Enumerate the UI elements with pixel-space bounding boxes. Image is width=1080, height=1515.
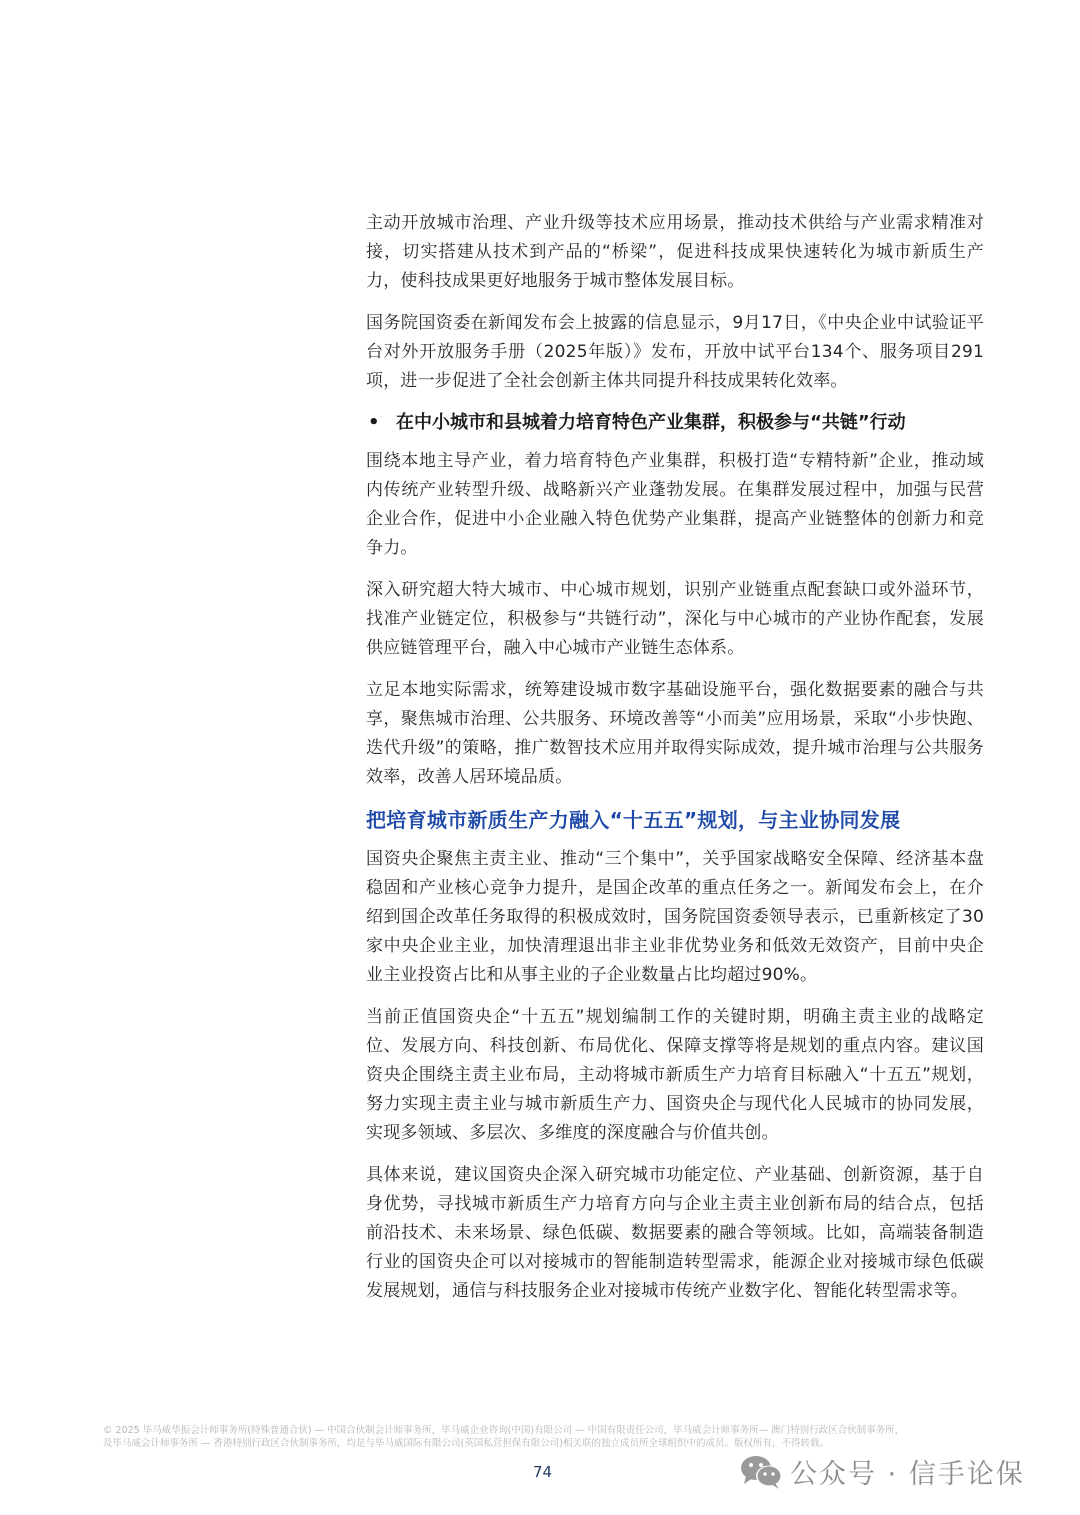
section-heading: 把培育城市新质生产力融入“十五五”规划，与主业协同发展 [366, 805, 984, 835]
footer-legal-notice: © 2025 毕马威华振会计师事务所(特殊普通合伙) — 中国合伙制会计师事务所… [103, 1424, 983, 1450]
body-paragraph: 围绕本地主导产业，着力培育特色产业集群，积极打造“专精特新”企业，推动域内传统产… [366, 447, 984, 563]
body-paragraph: 立足本地实际需求，统筹建设城市数字基础设施平台，强化数据要素的融合与共享，聚焦城… [366, 676, 984, 792]
body-paragraph: 具体来说，建议国资央企深入研究城市功能定位、产业基础、创新资源，基于自身优势，寻… [366, 1161, 984, 1306]
bullet-icon: • [366, 408, 396, 437]
bullet-heading-text: 在中小城市和县城着力培育特色产业集群，积极参与“共链”行动 [396, 408, 906, 437]
bullet-heading: • 在中小城市和县城着力培育特色产业集群，积极参与“共链”行动 [366, 408, 984, 437]
body-paragraph: 深入研究超大特大城市、中心城市规划，识别产业链重点配套缺口或外溢环节，找准产业链… [366, 576, 984, 663]
body-paragraph: 国资央企聚焦主责主业、推动“三个集中”，关乎国家战略安全保障、经济基本盘稳固和产… [366, 845, 984, 990]
body-paragraph: 当前正值国资央企“十五五”规划编制工作的关键时期，明确主责主业的战略定位、发展方… [366, 1003, 984, 1148]
wechat-icon [740, 1454, 784, 1490]
watermark-text: 公众号 · 信手论保 [790, 1452, 1025, 1491]
document-body: 主动开放城市治理、产业升级等技术应用场景，推动技术供给与产业需求精准对接，切实搭… [366, 209, 984, 1319]
footer-legal-line: 及毕马威会计师事务所 — 香港特别行政区合伙制事务所，均是与毕马威国际有限公司(… [103, 1437, 983, 1450]
page-number: 74 [533, 1463, 552, 1481]
body-paragraph: 国务院国资委在新闻发布会上披露的信息显示，9月17日，《中央企业中试验证平台对外… [366, 309, 984, 396]
footer-legal-line: © 2025 毕马威华振会计师事务所(特殊普通合伙) — 中国合伙制会计师事务所… [103, 1424, 983, 1437]
watermark: 公众号 · 信手论保 [740, 1452, 1025, 1491]
body-paragraph: 主动开放城市治理、产业升级等技术应用场景，推动技术供给与产业需求精准对接，切实搭… [366, 209, 984, 296]
